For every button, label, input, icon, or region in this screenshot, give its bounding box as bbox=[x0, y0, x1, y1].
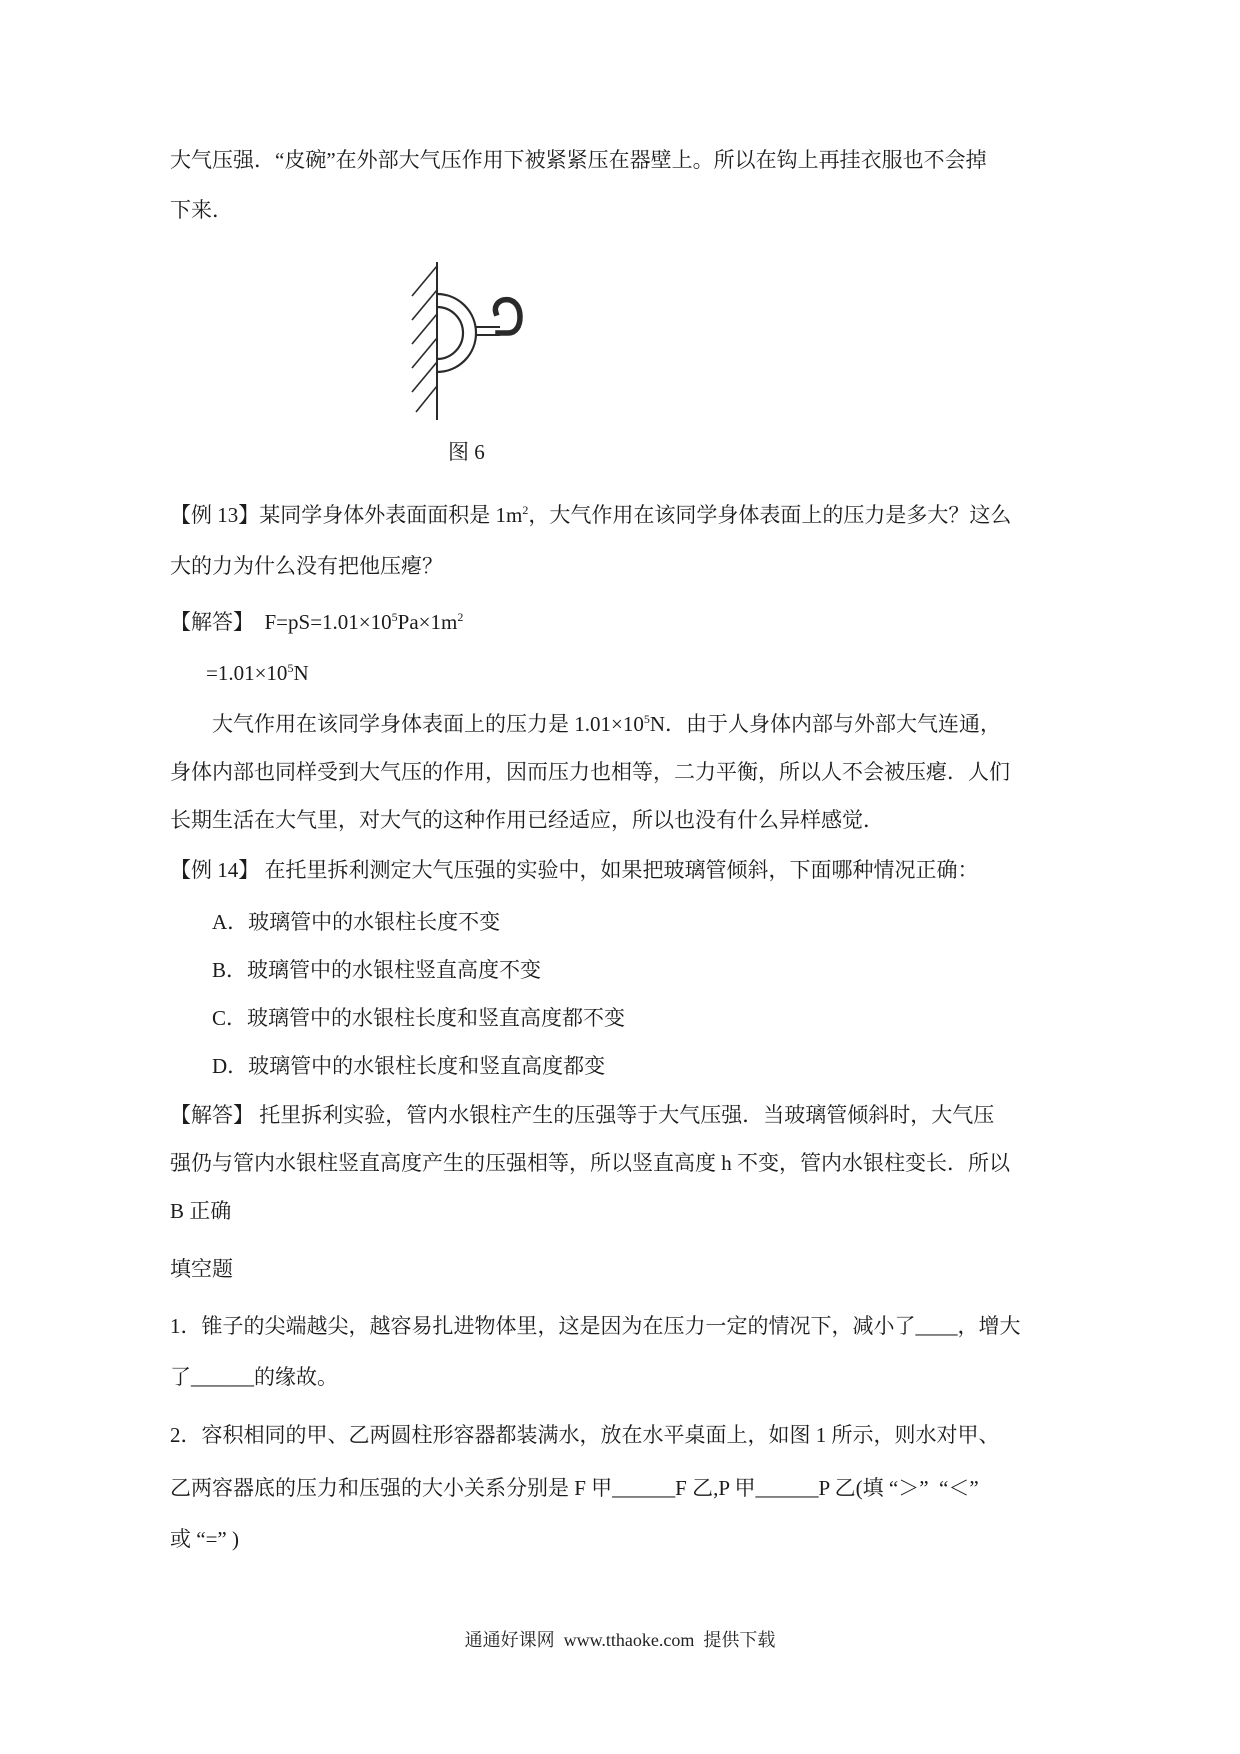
ex13-explanation-line3: 长期生活在大气里，对大气的这种作用已经适应，所以也没有什么异样感觉． bbox=[170, 808, 884, 833]
site-watermark-footer: 通通好课网 www.tthaoke.com 提供下载 bbox=[0, 1626, 1240, 1652]
ex13-explanation-line1: 大气作用在该同学身体表面上的压力是 1.01×105N．由于人身体内部与外部大气… bbox=[212, 712, 1001, 737]
ex14-answer-line2: 强仍与管内水银柱竖直高度产生的压强相等，所以竖直高度 h 不变，管内水银柱变长．… bbox=[170, 1151, 1010, 1176]
intro-line-1: 大气压强．“皮碗”在外部大气压作用下被紧紧压在器壁上。所以在钩上再挂衣服也不会掉 bbox=[170, 148, 987, 173]
ex13-a3-text-b: N．由于人身体内部与外部大气连通， bbox=[650, 712, 1001, 736]
ex14-answer-line1: 【解答】 托里拆利实验，管内水银柱产生的压强等于大气压强．当玻璃管倾斜时，大气压 bbox=[170, 1103, 994, 1128]
ex13-answer-formula: 【解答】 F=pS=1.01×105Pa×1m2 bbox=[170, 610, 463, 635]
ex14-option-c: C．玻璃管中的水银柱长度和竖直高度都不变 bbox=[212, 1006, 625, 1031]
ex13-a2-text-b: N bbox=[293, 661, 308, 685]
fill-q1-line2: 了______的缘故。 bbox=[170, 1365, 338, 1390]
ex13-a1-superscript-2: 2 bbox=[457, 610, 463, 624]
suction-cup-dome bbox=[437, 294, 476, 372]
ex14-option-b: B．玻璃管中的水银柱竖直高度不变 bbox=[212, 958, 541, 983]
ex14-answer-line3: B 正确 bbox=[170, 1199, 231, 1224]
ex13-a1-text-b: Pa×1m bbox=[398, 610, 458, 634]
ex13-a3-text-a: 大气作用在该同学身体表面上的压力是 1.01×10 bbox=[212, 712, 644, 736]
fill-q2-line3: 或 “=” ) bbox=[170, 1527, 239, 1552]
ex14-question: 【例 14】 在托里拆利测定大气压强的实验中，如果把玻璃管倾斜，下面哪种情况正确… bbox=[170, 858, 979, 883]
ex13-answer-result: =1.01×105N bbox=[206, 661, 309, 686]
ex14-option-a: A．玻璃管中的水银柱长度不变 bbox=[212, 910, 500, 935]
ex13-a1-text-a: 【解答】 F=pS=1.01×10 bbox=[170, 610, 392, 634]
figure-6-suction-hook bbox=[392, 236, 572, 431]
fill-section-heading: 填空题 bbox=[170, 1257, 233, 1282]
figure-6-caption: 图 6 bbox=[448, 440, 485, 465]
ex13-question-line1: 【例 13】某同学身体外表面面积是 1m2，大气作用在该同学身体表面上的压力是多… bbox=[170, 503, 1011, 528]
ex13-a2-text-a: =1.01×10 bbox=[206, 661, 287, 685]
fill-q2-line2: 乙两容器底的压力和压强的大小关系分别是 F 甲______F 乙,P 甲____… bbox=[170, 1476, 979, 1501]
wall-hatching-icon bbox=[412, 266, 437, 412]
ex13-explanation-line2: 身体内部也同样受到大气压的作用，因而压力也相等，二力平衡，所以人不会被压瘪．人们 bbox=[170, 760, 1010, 785]
ex13-q-text-a: 【例 13】某同学身体外表面面积是 1m bbox=[170, 503, 522, 527]
document-page: 大气压强．“皮碗”在外部大气压作用下被紧紧压在器壁上。所以在钩上再挂衣服也不会掉… bbox=[0, 0, 1240, 1754]
fill-q1-line1: 1．锥子的尖端越尖，越容易扎进物体里，这是因为在压力一定的情况下，减小了____… bbox=[170, 1314, 1021, 1339]
intro-line-2: 下来． bbox=[170, 198, 233, 223]
ex13-q-text-b: ，大气作用在该同学身体表面上的压力是多大？这么 bbox=[528, 503, 1011, 527]
fill-q2-line1: 2．容积相同的甲、乙两圆柱形容器都装满水，放在水平桌面上，如图 1 所示，则水对… bbox=[170, 1423, 1000, 1448]
ex14-option-d: D．玻璃管中的水银柱长度和竖直高度都变 bbox=[212, 1054, 605, 1079]
ex13-question-line2: 大的力为什么没有把他压瘪？ bbox=[170, 554, 443, 579]
